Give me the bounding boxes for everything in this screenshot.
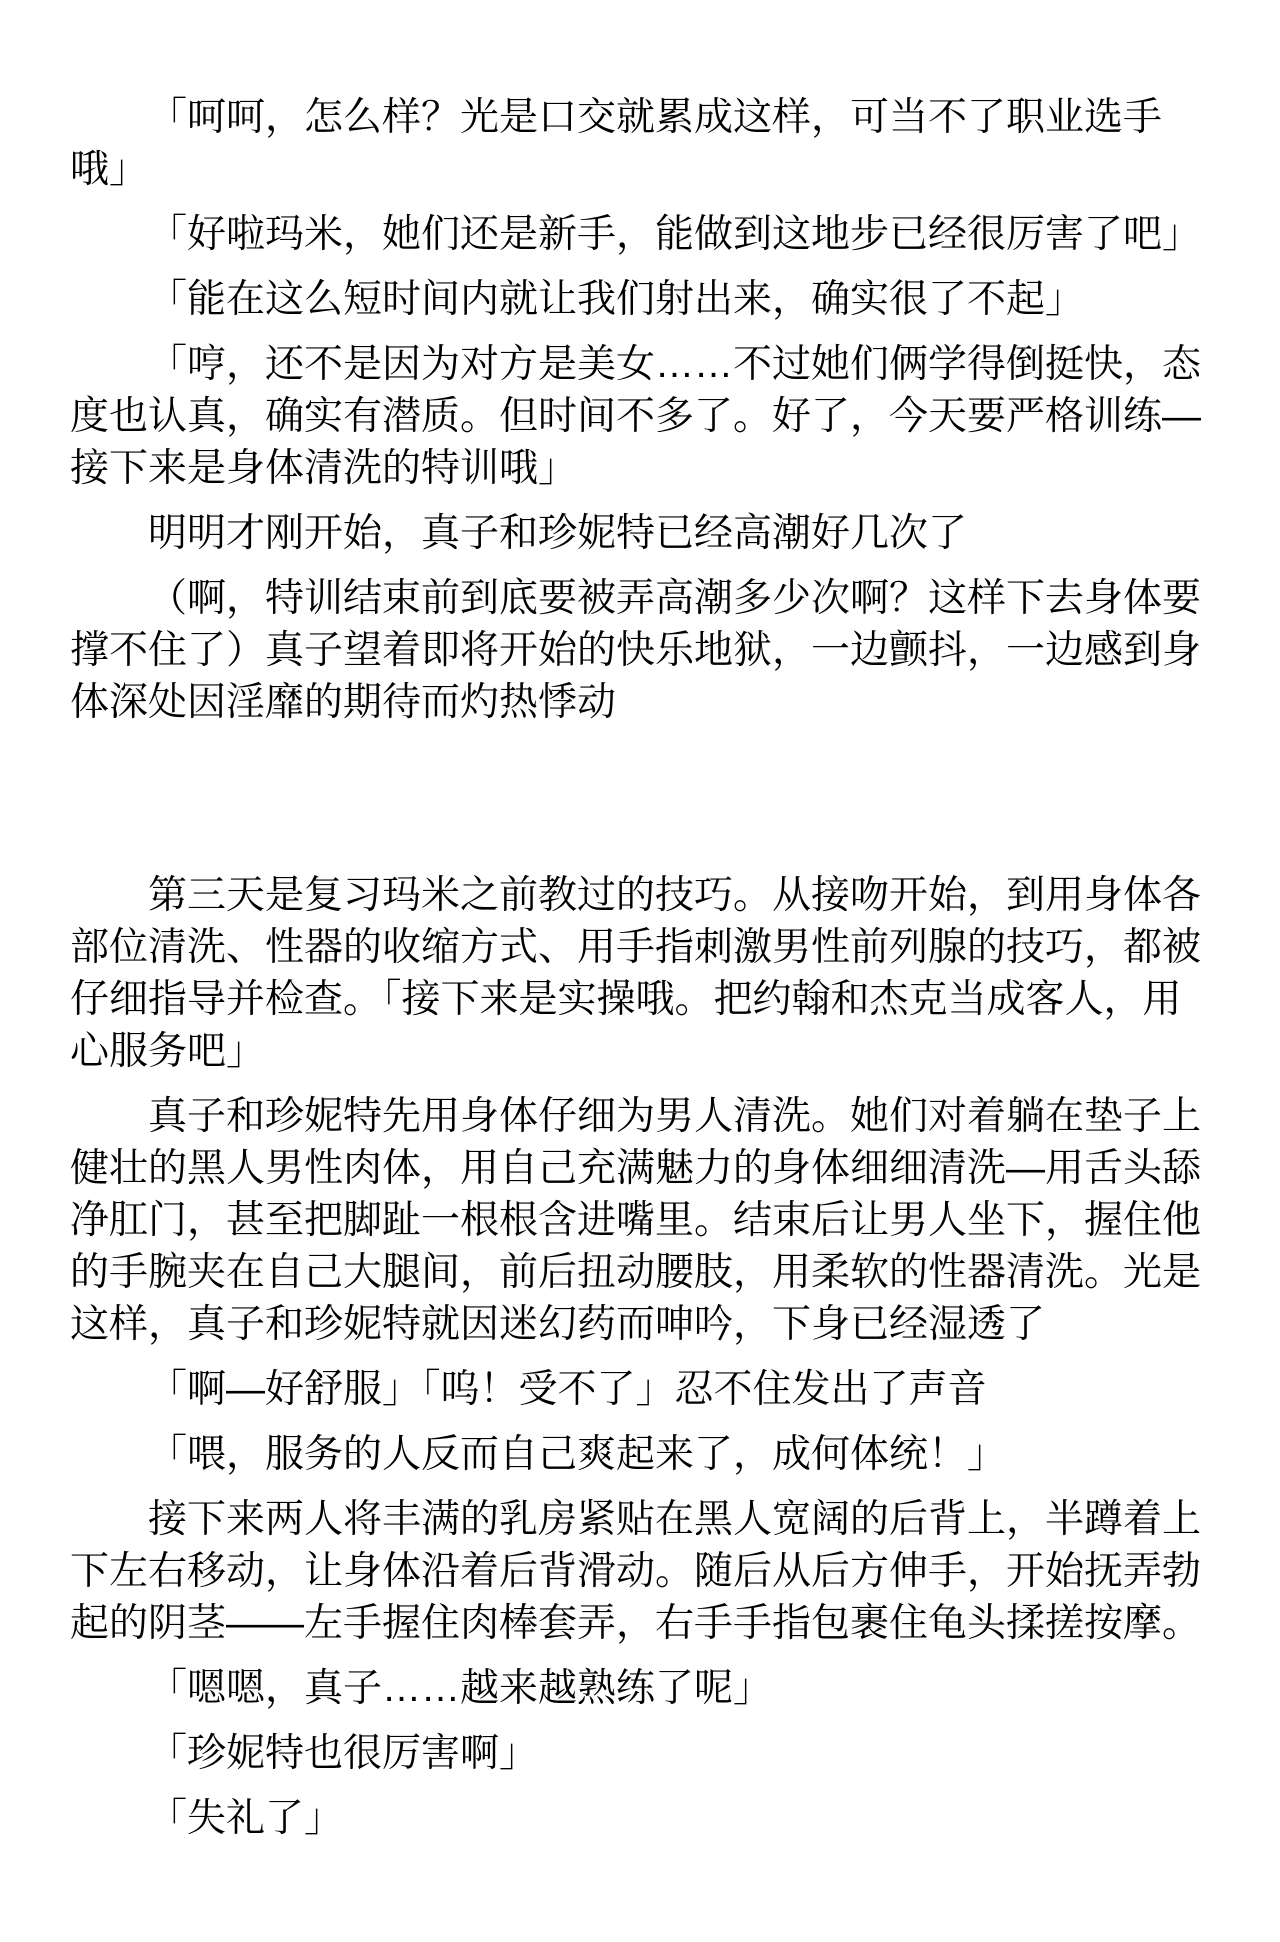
paragraph: 「呵呵，怎么样？光是口交就累成这样，可当不了职业选手哦」 — [70, 92, 1202, 196]
paragraph: 「失礼了」 — [70, 1793, 1202, 1845]
paragraph: 「喂，服务的人反而自己爽起来了，成何体统！」 — [70, 1429, 1202, 1481]
paragraph-section-start: 第三天是复习玛米之前教过的技巧。从接吻开始，到用身体各部位清洗、性器的收缩方式、… — [70, 870, 1202, 1078]
paragraph: 接下来两人将丰满的乳房紧贴在黑人宽阔的后背上，半蹲着上下左右移动，让身体沿着后背… — [70, 1494, 1202, 1650]
paragraph: 真子和珍妮特先用身体仔细为男人清洗。她们对着躺在垫子上健壮的黑人男性肉体，用自己… — [70, 1091, 1202, 1351]
paragraph: 明明才刚开始，真子和珍妮特已经高潮好几次了 — [70, 508, 1202, 560]
paragraph: 「哼，还不是因为对方是美女……不过她们俩学得倒挺快，态度也认真，确实有潜质。但时… — [70, 339, 1202, 495]
document-page: 「呵呵，怎么样？光是口交就累成这样，可当不了职业选手哦」 「好啦玛米，她们还是新… — [0, 0, 1276, 1845]
paragraph: 「好啦玛米，她们还是新手，能做到这地步已经很厉害了吧」 — [70, 209, 1202, 261]
paragraph: 「嗯嗯，真子……越来越熟练了呢」 — [70, 1663, 1202, 1715]
paragraph: 「珍妮特也很厉害啊」 — [70, 1728, 1202, 1780]
paragraph: （啊，特训结束前到底要被弄高潮多少次啊？这样下去身体要撑不住了）真子望着即将开始… — [70, 573, 1202, 729]
paragraph: 「啊—好舒服」「呜！受不了」忍不住发出了声音 — [70, 1364, 1202, 1416]
paragraph: 「能在这么短时间内就让我们射出来，确实很了不起」 — [70, 274, 1202, 326]
